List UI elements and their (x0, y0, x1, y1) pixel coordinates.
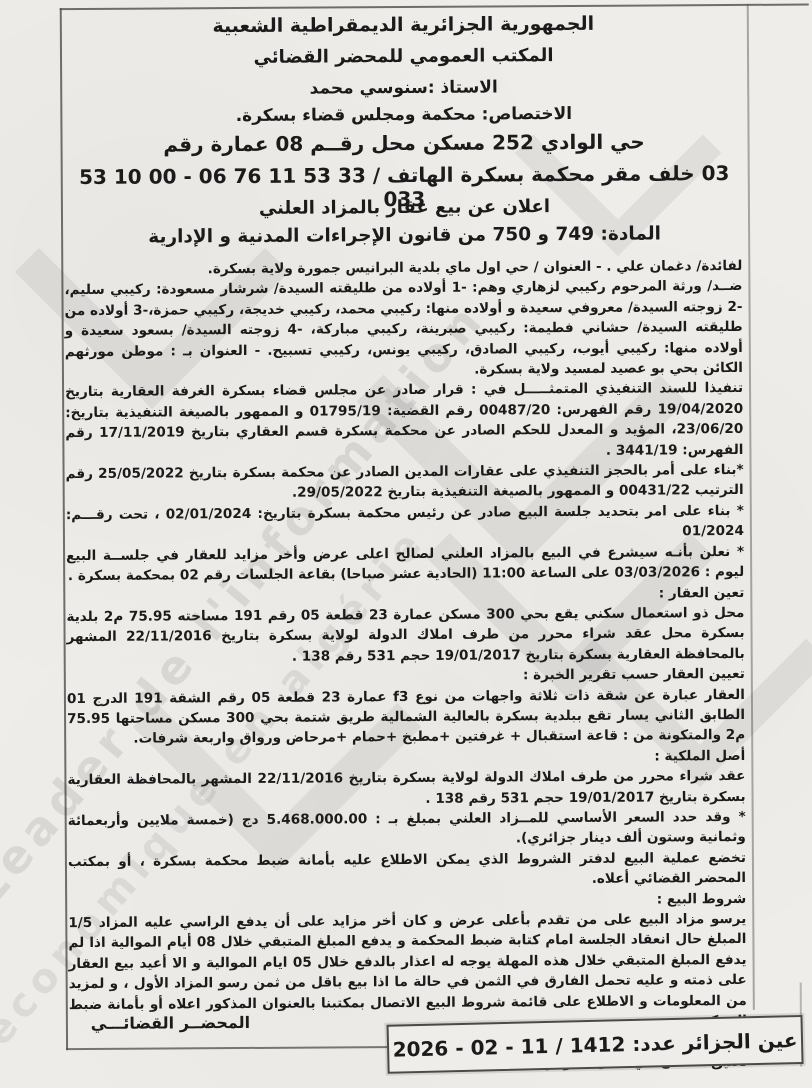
scanned-document-page: Leader de l'information économique en al… (0, 0, 812, 1088)
header-office-line: المكتب العمومي للمحضر القضائي (60, 44, 747, 69)
seizure-order-paragraph: *بناء على أمر بالحجز التنفيذي على عقارات… (66, 460, 744, 505)
header-republic-line: الجمهورية الجزائرية الديمقراطية الشعبية (60, 12, 747, 38)
header-address-line: حي الوادي 252 مسكن محل رقــم 08 عمارة رق… (60, 129, 747, 157)
property-description-paragraph: محل ذو استعمال سكني يقع بحي 300 مسكن عما… (66, 603, 744, 668)
document-header: الجمهورية الجزائرية الديمقراطية الشعبية … (60, 0, 747, 2)
base-price-paragraph: * وقد حدد السعر الأساسي للمــزاد العلني … (68, 807, 746, 852)
issue-stamp: عين الجزائر عدد: 1412 / 11 - 02 - 2026 (387, 1015, 804, 1074)
header-jurisdiction-line: الاختصاص: محكمة ومجلس قضاء بسكرة. (60, 103, 747, 127)
expert-description-paragraph: العقار عبارة عن شقة ذات ثلاثة واجهات من … (67, 684, 745, 749)
ownership-deed-paragraph: عقد شراء محرر من طرف املاك الدولة لولاية… (67, 766, 745, 811)
terms-book-paragraph: تخضع عملية البيع لدفتر الشروط الذي يمكن … (68, 848, 746, 893)
auction-announcement-paragraph: * نعلن بأنـه سيشرع في البيع بالمزاد العل… (66, 542, 744, 587)
header-announcement-title: اعلان عن بيع عقار بالمزاد العلني (61, 195, 748, 220)
document-body: لفائدة/ دغمان علي . - العنوان / حي اول م… (64, 256, 747, 1076)
writ-paragraph: تنفيذا للسند التنفيذي المتمثـــــل في : … (65, 378, 743, 464)
bailiff-signature: المحضــر القضائـــي (73, 1013, 268, 1033)
session-order-paragraph: * بناء على امر بتحديد جلسة البيع صادر عن… (66, 501, 744, 546)
defendants-paragraph: ضــد/ ورثة المرحوم ركيبي لزهاري وهم: -1 … (64, 276, 743, 382)
issue-stamp-text: عين الجزائر عدد: 1412 / 11 - 02 - 2026 (392, 1028, 797, 1062)
page-border-top (60, 4, 809, 11)
page-border-right (747, 4, 755, 1010)
header-legal-article-line: المادة: 749 و 750 من قانون الإجراءات الم… (61, 223, 748, 248)
header-bailiff-name-line: الاستاذ :سنوسي محمد (60, 76, 747, 100)
